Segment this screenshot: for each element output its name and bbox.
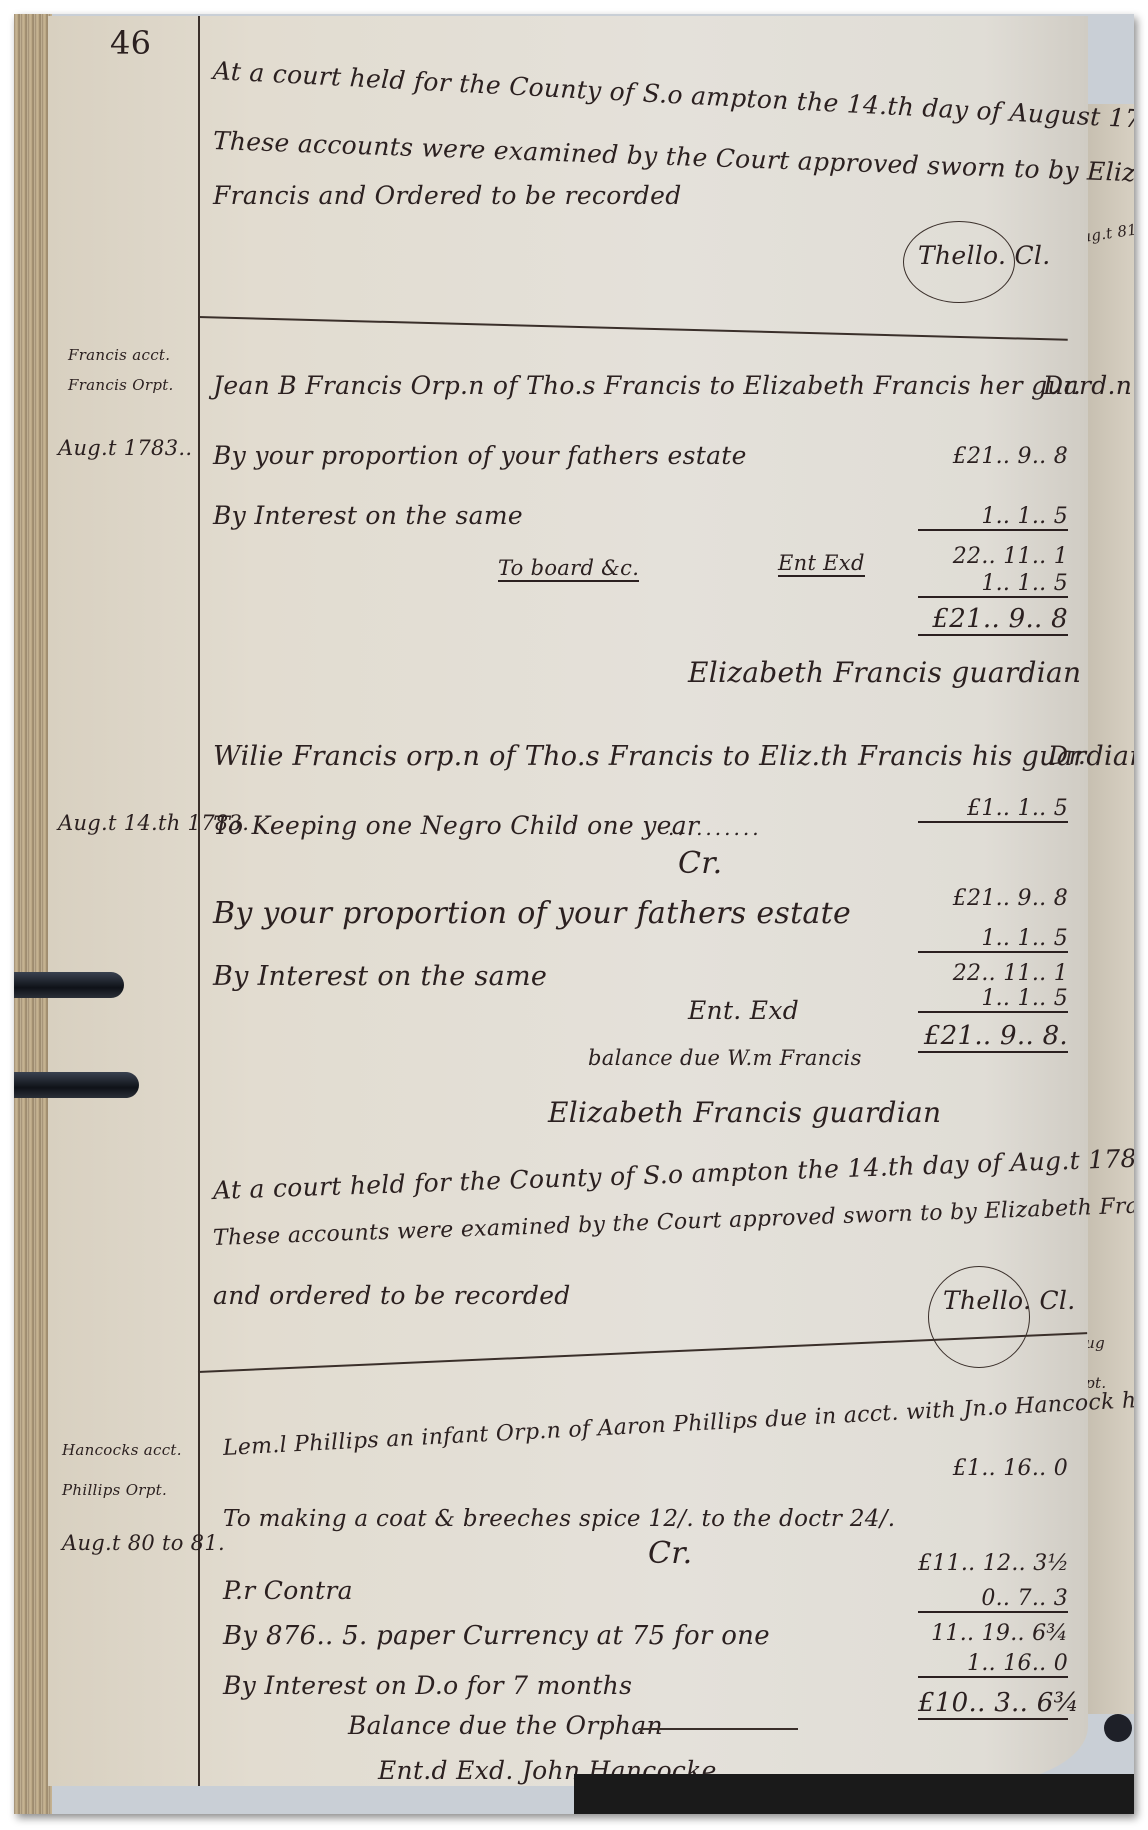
credit-label: Cr.	[678, 846, 722, 881]
court-line-2: These accounts were examined by the Cour…	[213, 1192, 1134, 1251]
less-amount: 1.. 1.. 5	[918, 986, 1068, 1013]
binder-ring-bottom	[14, 1072, 139, 1098]
court-line-3: Francis and Ordered to be recorded	[213, 181, 682, 210]
margin-rule	[198, 16, 200, 1786]
balance-rule	[638, 1728, 798, 1730]
margin-note: Phillips Orpt.	[62, 1481, 167, 1499]
contra-label: P.r Contra	[223, 1576, 353, 1605]
page-number: 46	[110, 24, 151, 62]
entry-text: To making a coat & breeches spice 12/. t…	[223, 1506, 895, 1532]
book-screw	[1104, 1714, 1132, 1742]
margin-note: Francis Orpt.	[68, 376, 174, 394]
subtotal-amount: 22.. 11.. 1	[918, 544, 1068, 569]
bottom-shadow	[574, 1774, 1134, 1814]
entry-amount: £1.. 1.. 5	[918, 796, 1068, 823]
total-amount: £21.. 9.. 8	[918, 604, 1068, 636]
entered-label: Ent Exd	[778, 551, 865, 577]
entry-text: By Interest on the same	[213, 501, 523, 530]
entry-amount: 1.. 1.. 5	[918, 504, 1068, 531]
margin-date: Aug.t 1783..	[58, 436, 192, 460]
entry-amount: 0.. 7.. 3	[918, 1586, 1068, 1613]
margin-note: Francis acct.	[68, 346, 170, 364]
section-divider	[198, 316, 1068, 341]
court-line-1: At a court held for the County of S.o am…	[212, 1143, 1134, 1205]
balance-label: Balance due the Orphan	[348, 1711, 663, 1740]
board-label: To board &c.	[498, 556, 639, 582]
contra-amount: £11.. 12.. 3½	[918, 1551, 1068, 1576]
court-line-3: and ordered to be recorded	[213, 1281, 571, 1310]
entry-amount: £21.. 9.. 8	[918, 444, 1068, 469]
entry-text: By 876.. 5. paper Currency at 75 for one	[223, 1621, 770, 1651]
entry-text: By Interest on the same	[213, 961, 547, 992]
less-amount: 1.. 16.. 0	[918, 1651, 1068, 1678]
entered-label: Ent. Exd	[688, 996, 799, 1025]
balance-label: balance due W.m Francis	[588, 1046, 862, 1070]
subtotal-amount: 22.. 11.. 1	[918, 961, 1068, 986]
margin-date: Aug.t 80 to 81.	[62, 1531, 225, 1555]
signature-flourish	[928, 1266, 1030, 1368]
clerk-signature: Thello. Cl.	[918, 241, 1050, 270]
court-line-1: At a court held for the County of S.o am…	[212, 56, 1134, 136]
entry-amount: £21.. 9.. 8	[918, 886, 1068, 911]
credit-label: Cr.	[648, 1536, 692, 1571]
entry-text: By Interest on D.o for 7 months	[223, 1671, 632, 1700]
entry-amount: £1.. 16.. 0	[918, 1456, 1068, 1481]
entry-amount: 1.. 1.. 5	[918, 926, 1068, 953]
book-page-edges	[14, 14, 52, 1814]
guardian-signature: Elizabeth Francis guardian	[548, 1096, 941, 1129]
total-amount: £21.. 9.. 8.	[918, 1021, 1068, 1053]
ledger-page: 46 At a court held for the County of S.o…	[48, 16, 1088, 1786]
entry-text: By your proportion of your fathers estat…	[213, 896, 851, 931]
guardian-signature: Elizabeth Francis guardian	[688, 656, 1081, 689]
clerk-signature: Thello. Cl.	[943, 1286, 1075, 1315]
debit-label: Dr.	[1048, 741, 1086, 770]
binder-ring-top	[14, 972, 124, 998]
ledger-photo: Aug.t 81.2 Aug Apt. 46 At a court held f…	[14, 14, 1134, 1814]
entry-text: By your proportion of your fathers estat…	[213, 441, 747, 470]
less-amount: 1.. 1.. 5	[918, 571, 1068, 598]
debit-label: Dr.	[1043, 371, 1081, 400]
dot-leader: ..........	[668, 816, 762, 840]
margin-note: Hancocks acct.	[62, 1441, 182, 1459]
account-heading: Lem.l Phillips an infant Orp.n of Aaron …	[222, 1383, 1134, 1461]
account-heading: Jean B Francis Orp.n of Tho.s Francis to…	[213, 371, 1132, 400]
account-heading: Wilie Francis orp.n of Tho.s Francis to …	[213, 741, 1134, 772]
balance-amount: £10.. 3.. 6¾	[918, 1688, 1068, 1720]
entry-amount: 11.. 19.. 6¾	[918, 1621, 1068, 1646]
entry-text: To Keeping one Negro Child one year	[213, 811, 699, 840]
